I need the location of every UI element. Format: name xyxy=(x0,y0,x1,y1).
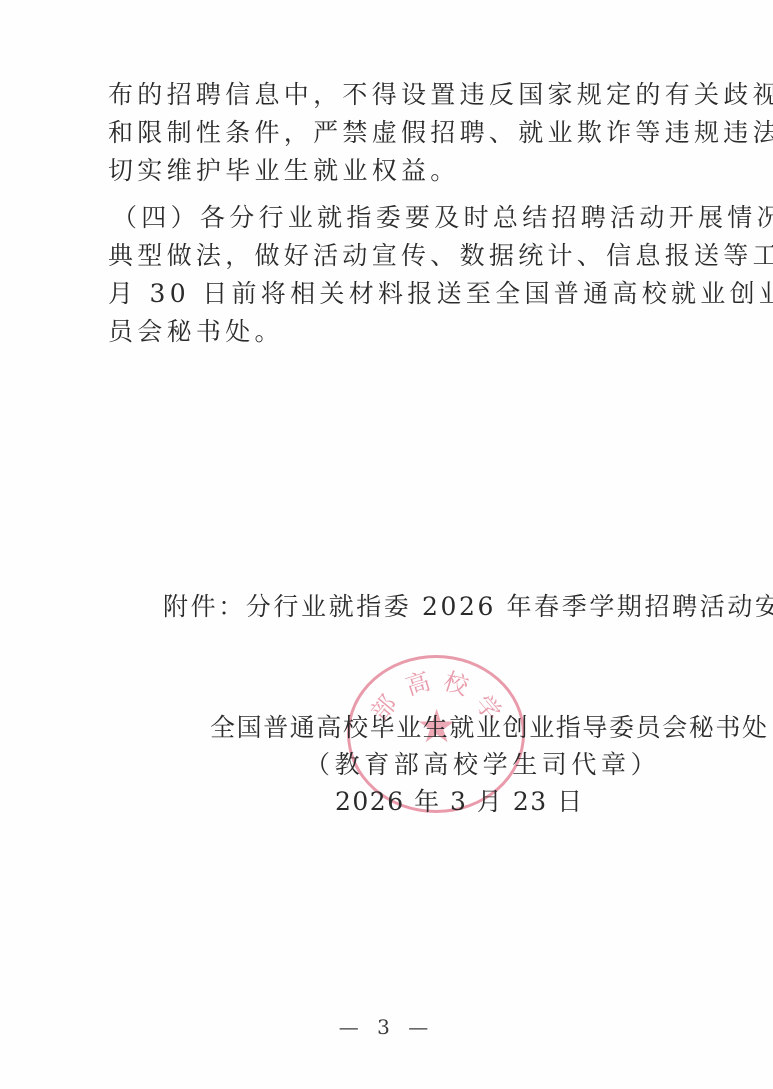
paragraph-four-line: 典型做法，做好活动宣传、数据统计、信息报送等工作，6 xyxy=(108,241,773,271)
attachment-line: 附件：分行业就指委 2026 年春季学期招聘活动安排表 xyxy=(163,592,773,622)
paragraph-line: 切实维护毕业生就业权益。 xyxy=(108,156,460,186)
signature-organization: 全国普通高校毕业生就业创业指导委员会秘书处 xyxy=(210,713,769,743)
paragraph-four-line: （四）各分行业就指委要及时总结招聘活动开展情况和 xyxy=(112,203,773,233)
paragraph-four-line: 月 30 日前将相关材料报送至全国普通高校就业创业指导委 xyxy=(108,279,773,309)
stamp-char: 高 xyxy=(403,669,433,699)
stamp-char: 校 xyxy=(441,669,471,699)
document-page: 布的招聘信息中，不得设置违反国家规定的有关歧视性条款 和限制性条件，严禁虚假招聘… xyxy=(0,0,773,1089)
signature-date: 2026 年 3 月 23 日 xyxy=(335,787,584,817)
page-number: — 3 — xyxy=(0,1015,773,1039)
paragraph-four-line: 员会秘书处。 xyxy=(108,317,284,347)
signature-sub-office: （教育部高校学生司代章） xyxy=(305,750,660,780)
paragraph-line: 和限制性条件，严禁虚假招聘、就业欺诈等违规违法行为， xyxy=(108,118,773,148)
paragraph-line: 布的招聘信息中，不得设置违反国家规定的有关歧视性条款 xyxy=(108,80,773,110)
